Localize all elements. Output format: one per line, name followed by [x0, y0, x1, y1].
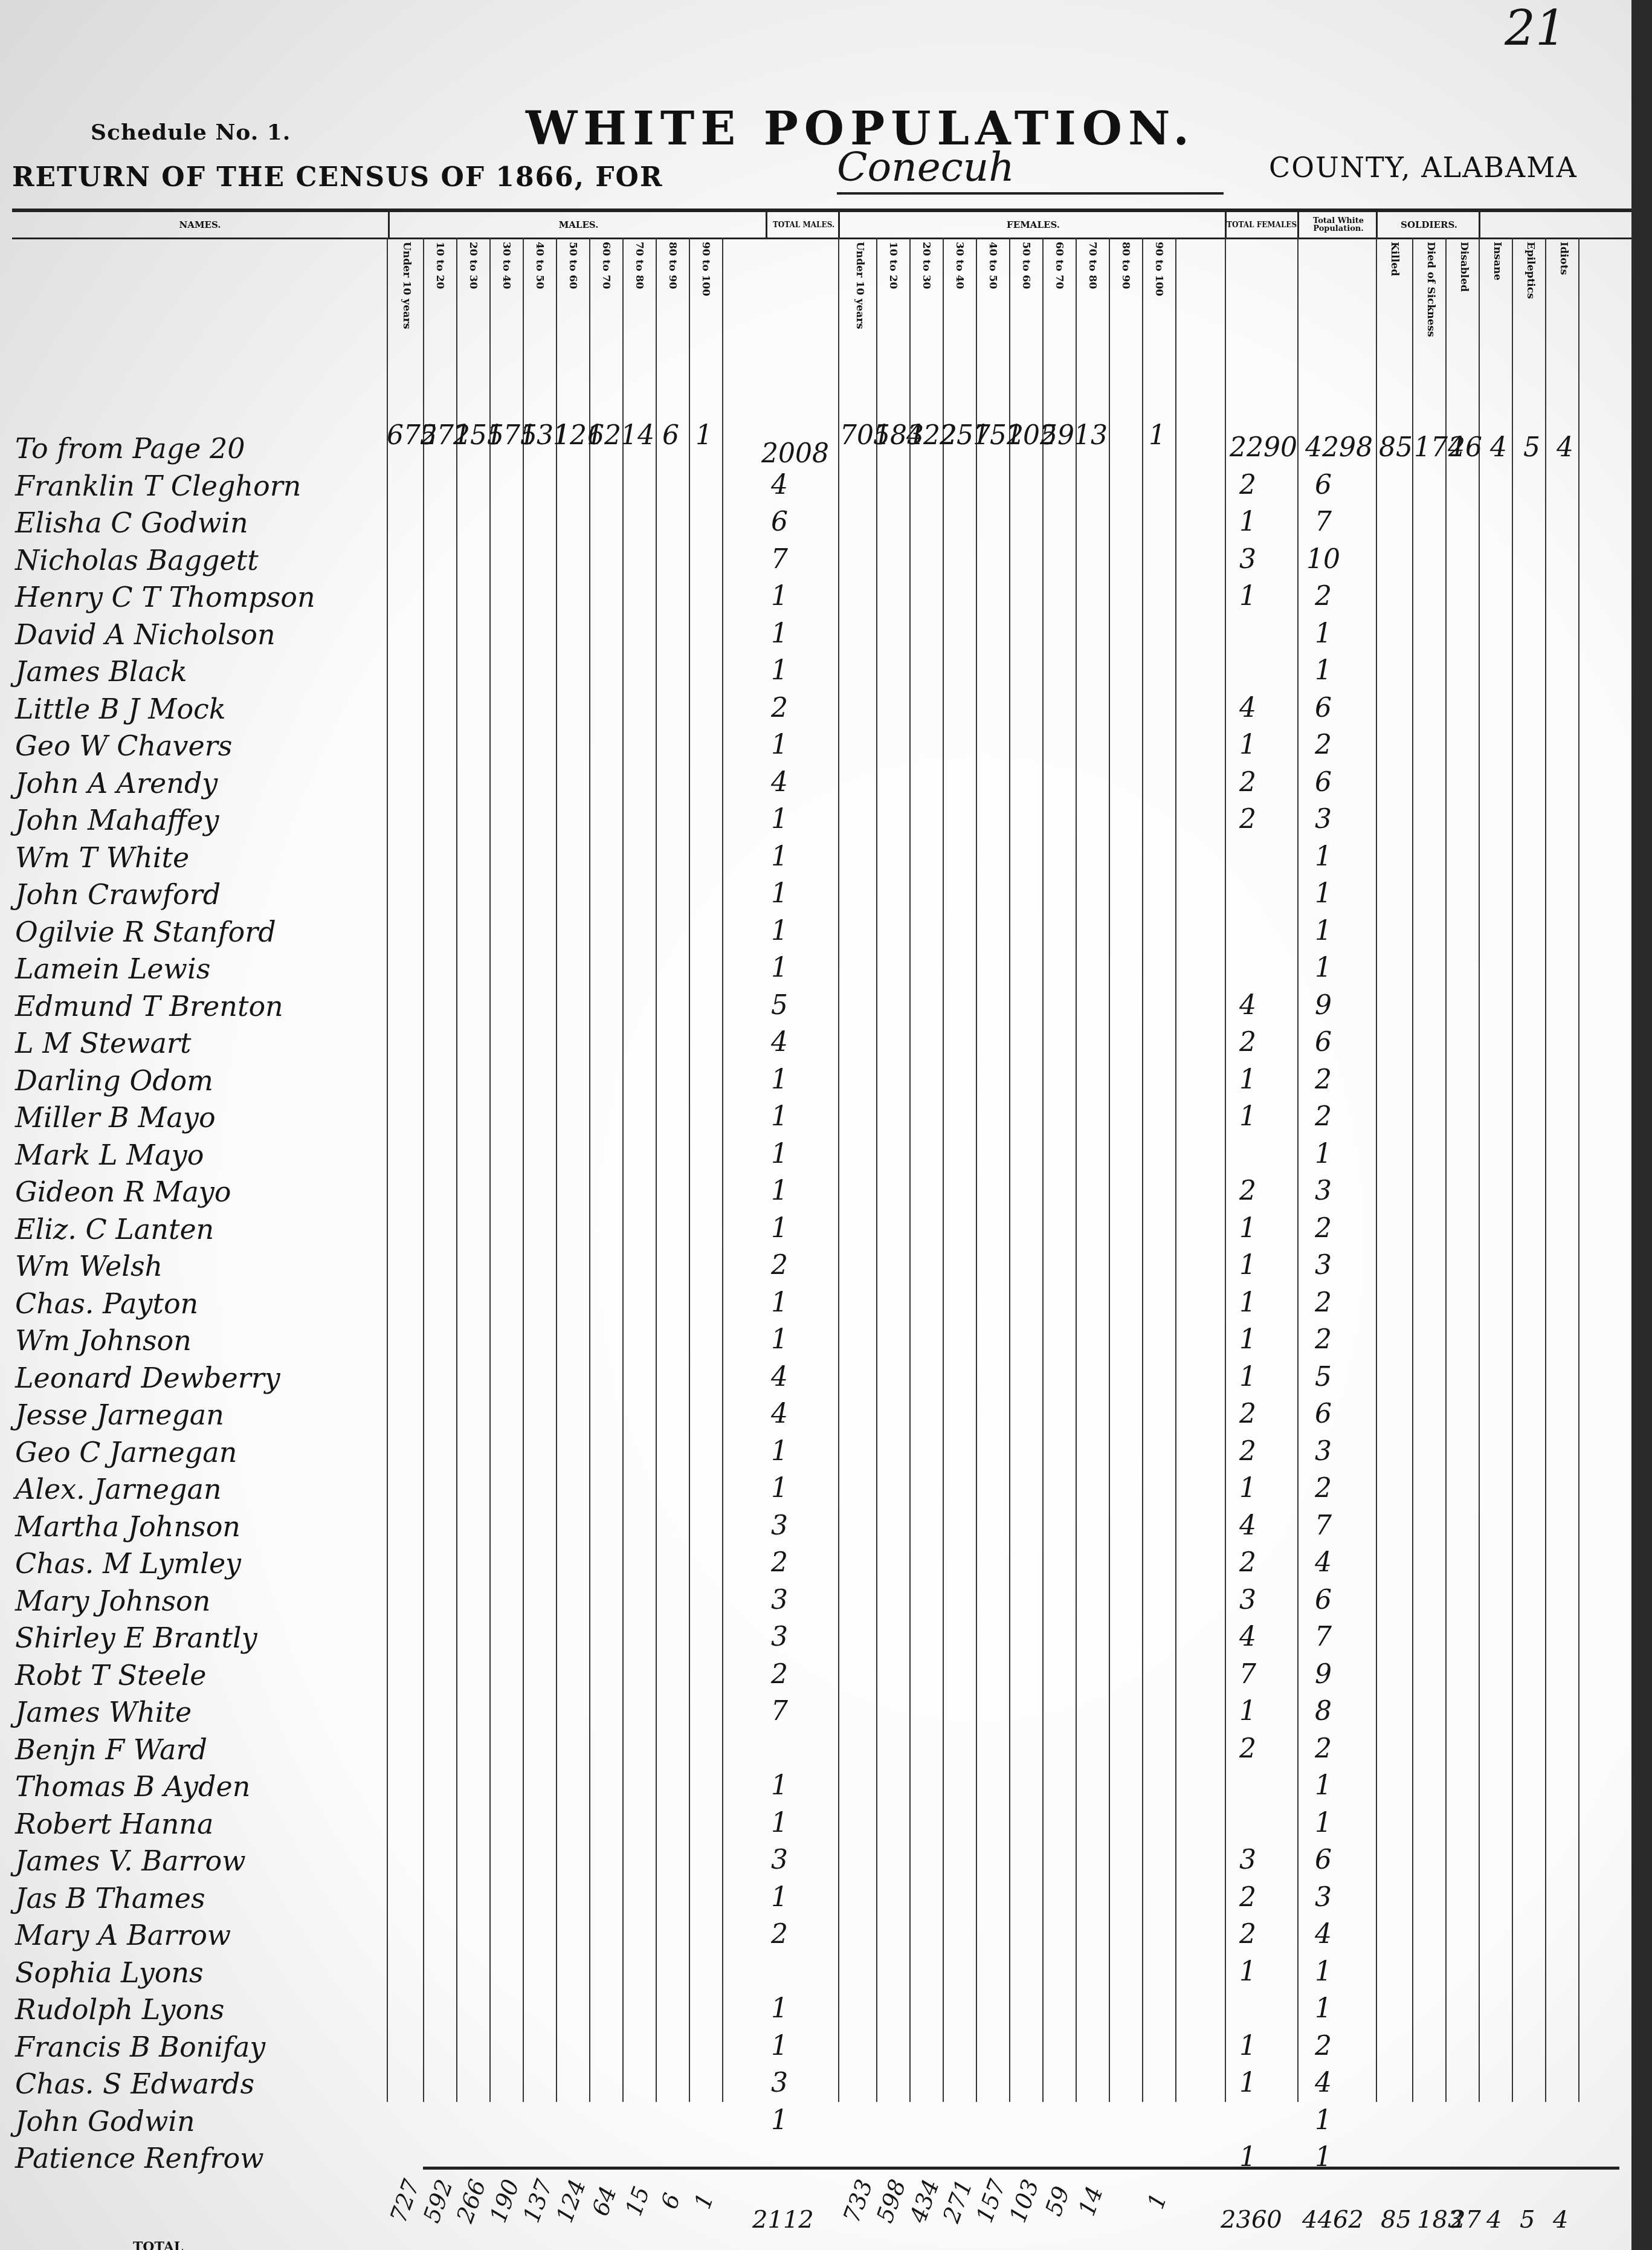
household-name: John Godwin [15, 2105, 195, 2138]
row-total-white: 9 [1305, 990, 1341, 1021]
carried-female-count: 422 [906, 420, 943, 451]
household-name: Thomas B Ayden [15, 1770, 250, 1803]
header-blank [1479, 212, 1633, 238]
column-header-label: 50 to 60 [1020, 242, 1032, 289]
row-total-males: 1 [761, 1101, 798, 1132]
household-name: Alex. Jarnegan [15, 1473, 222, 1505]
row-total-white: 2 [1305, 1473, 1341, 1504]
household-name: John Mahaffey [15, 804, 219, 836]
household-name: Wm T White [15, 841, 189, 874]
carried-male-count: 175 [486, 420, 523, 451]
row-total-white: 6 [1305, 767, 1341, 798]
row-total-white: 2 [1305, 1324, 1341, 1355]
column-header-label: Disabled [1458, 242, 1470, 292]
household-name: Little B J Mock [15, 693, 226, 725]
row-total-females: 1 [1230, 1362, 1266, 1392]
column-header-label: Died of Sickness [1425, 242, 1437, 337]
row-total-white: 1 [1305, 1956, 1341, 1987]
column-rule [556, 238, 557, 2102]
header-males: MALES. [388, 212, 767, 238]
schedule-label: Schedule No. 1. [91, 120, 291, 145]
carried-total-males: 2008 [761, 438, 798, 469]
carried-forward-label: To from Page 20 [15, 432, 245, 465]
column-rule [456, 238, 457, 2102]
household-name: Shirley E Brantly [15, 1621, 257, 1654]
row-total-females: 2 [1230, 1027, 1266, 1058]
column-rule [1376, 238, 1377, 2102]
column-header-label: 20 to 30 [467, 242, 479, 289]
return-line: RETURN OF THE CENSUS OF 1866, FOR [12, 162, 663, 193]
row-total-white: 10 [1305, 544, 1341, 575]
column-header-label: 10 to 20 [434, 242, 446, 289]
grand-total-females: 2360 [1221, 2206, 1282, 2234]
row-total-white: 1 [1305, 1770, 1341, 1801]
header-soldiers: SOLDIERS. [1376, 212, 1480, 238]
row-total-males: 3 [761, 1621, 798, 1652]
row-total-white: 2 [1305, 1101, 1341, 1132]
column-rule [1545, 238, 1546, 2102]
row-total-males: 1 [761, 1213, 798, 1244]
row-total-males: 1 [761, 1993, 798, 2024]
column-rule [1142, 238, 1143, 2102]
page-edge-shadow [1631, 0, 1652, 2250]
row-total-females: 2 [1230, 1733, 1266, 1764]
row-total-males: 1 [761, 581, 798, 612]
row-total-females: 1 [1230, 1287, 1266, 1318]
row-total-females: 2 [1230, 767, 1266, 798]
row-total-males: 4 [761, 470, 798, 500]
row-total-females: 1 [1230, 1696, 1266, 1727]
row-total-males: 6 [761, 506, 798, 537]
household-name: Wm Welsh [15, 1250, 163, 1282]
page-number: 21 [1505, 0, 1566, 56]
household-name: Patience Renfrow [15, 2142, 264, 2174]
row-total-white: 2 [1305, 1733, 1341, 1764]
column-rule [656, 238, 657, 2102]
row-total-females: 2 [1230, 1398, 1266, 1429]
row-total-white: 4 [1305, 1919, 1341, 1950]
header-row: NAMES. MALES. TOTAL MALES. FEMALES. TOTA… [12, 212, 1631, 239]
column-header-label: 80 to 90 [666, 242, 679, 289]
column-rule [1042, 238, 1044, 2102]
row-total-males: 1 [761, 804, 798, 835]
carried-male-count: 62 [586, 420, 622, 451]
carried-other-count: 5 [1514, 432, 1550, 463]
row-total-males: 4 [761, 767, 798, 798]
column-rule [838, 238, 839, 2102]
row-total-females: 2 [1230, 1175, 1266, 1206]
grand-total-other: 4 [1486, 2206, 1502, 2234]
totals-rule [423, 2167, 1619, 2170]
row-total-white: 3 [1305, 1175, 1341, 1206]
row-total-males: 1 [761, 916, 798, 946]
row-total-white: 2 [1305, 1287, 1341, 1318]
row-total-females: 1 [1230, 2031, 1266, 2061]
row-total-white: 1 [1305, 1808, 1341, 1838]
row-total-males: 1 [761, 655, 798, 686]
household-name: Mary Johnson [15, 1585, 210, 1617]
carried-male-count: 121 [553, 420, 589, 451]
column-header-label: Killed [1389, 242, 1401, 276]
row-total-white: 7 [1305, 506, 1341, 537]
row-total-females: 1 [1230, 1473, 1266, 1504]
row-total-white: 2 [1305, 581, 1341, 612]
row-total-males: 2 [761, 1547, 798, 1578]
row-total-males: 1 [761, 729, 798, 760]
household-name: Robt T Steele [15, 1659, 207, 1692]
row-total-white: 2 [1305, 729, 1341, 760]
row-total-white: 4 [1305, 1547, 1341, 1578]
grand-total-soldiers: 27 [1450, 2206, 1481, 2234]
column-header-label: Under 10 years [854, 242, 866, 329]
row-total-white: 3 [1305, 1436, 1341, 1467]
column-rule [589, 238, 590, 2102]
carried-other-count: 4 [1480, 432, 1517, 463]
column-header-label: 60 to 70 [1053, 242, 1065, 289]
row-total-males: 3 [761, 1510, 798, 1541]
row-total-white: 2 [1305, 1213, 1341, 1244]
column-rule [1445, 238, 1447, 2102]
row-total-females: 3 [1230, 544, 1266, 575]
row-total-white: 6 [1305, 693, 1341, 723]
household-name: Mary A Barrow [15, 1919, 231, 1951]
column-header-label: Epileptics [1525, 242, 1537, 299]
household-name: Ogilvie R Stanford [15, 916, 276, 948]
row-total-males: 1 [761, 1139, 798, 1169]
row-total-white: 3 [1305, 1250, 1341, 1281]
row-total-males: 1 [761, 1436, 798, 1467]
header-total-white: Total White Population. [1297, 212, 1378, 238]
header-names: NAMES. [12, 212, 388, 238]
household-name: James V. Barrow [15, 1844, 246, 1877]
row-total-white: 6 [1305, 1398, 1341, 1429]
row-total-white: 6 [1305, 1585, 1341, 1615]
row-total-white: 6 [1305, 1027, 1341, 1058]
carried-male-count: 14 [619, 420, 656, 451]
grand-total-other: 4 [1553, 2206, 1568, 2234]
row-total-white: 7 [1305, 1621, 1341, 1652]
row-total-females: 2 [1230, 1919, 1266, 1950]
column-rule [1076, 238, 1077, 2102]
household-name: John A Arendy [15, 767, 218, 800]
carried-female-count: 257 [940, 420, 976, 451]
column-rule [876, 238, 877, 2102]
column-rule [1225, 238, 1226, 2102]
row-total-females: 2 [1230, 470, 1266, 500]
row-total-males: 1 [761, 1064, 798, 1095]
carried-female-count: 583 [873, 420, 909, 451]
row-total-females: 4 [1230, 990, 1266, 1021]
census-page [0, 0, 1631, 2250]
household-name: Francis B Bonifay [15, 2031, 265, 2063]
household-name: Robert Hanna [15, 1808, 213, 1840]
household-name: John Crawford [15, 878, 221, 911]
household-name: Wm Johnson [15, 1324, 192, 1357]
household-name: Jas B Thames [15, 1882, 205, 1915]
carried-male-count: 1 [686, 420, 722, 451]
row-total-males: 5 [761, 990, 798, 1021]
column-header-label: Insane [1491, 242, 1503, 280]
carried-female-count: 701 [840, 420, 876, 451]
row-total-white: 2 [1305, 2031, 1341, 2061]
row-total-white: 1 [1305, 878, 1341, 909]
row-total-females: 1 [1230, 1101, 1266, 1132]
row-total-white: 3 [1305, 804, 1341, 835]
row-total-males: 4 [761, 1398, 798, 1429]
row-total-white: 5 [1305, 1362, 1341, 1392]
row-total-males: 4 [761, 1362, 798, 1392]
carried-soldier-count: 85 [1378, 432, 1414, 463]
row-total-females: 7 [1230, 1659, 1266, 1690]
row-total-males: 1 [761, 952, 798, 983]
row-total-white: 1 [1305, 655, 1341, 686]
household-name: David A Nicholson [15, 618, 276, 651]
column-rule [1479, 238, 1480, 2102]
grand-total-other: 5 [1520, 2206, 1535, 2234]
row-total-white: 1 [1305, 2105, 1341, 2136]
county-name-handwritten: Conecuh [837, 144, 1224, 195]
column-header-label: 40 to 50 [987, 242, 999, 289]
row-total-males: 7 [761, 544, 798, 575]
column-header-label: 30 to 40 [500, 242, 512, 289]
carried-other-count: 4 [1547, 432, 1583, 463]
row-total-males: 7 [761, 1696, 798, 1727]
row-total-females: 1 [1230, 1324, 1266, 1355]
column-header-label: 30 to 40 [953, 242, 966, 289]
household-name: James Black [15, 655, 187, 688]
carried-male-count: 6 [653, 420, 689, 451]
carried-soldier-count: 26 [1447, 432, 1483, 463]
grand-total-soldiers: 85 [1381, 2206, 1412, 2234]
row-total-males: 1 [761, 1287, 798, 1318]
row-total-white: 1 [1305, 916, 1341, 946]
row-total-males: 1 [761, 1473, 798, 1504]
household-name: Gideon R Mayo [15, 1175, 231, 1208]
column-header-label: 50 to 60 [567, 242, 579, 289]
row-total-males: 1 [761, 841, 798, 872]
column-rule [1175, 238, 1176, 2102]
household-name: Sophia Lyons [15, 1956, 204, 1989]
row-total-females: 1 [1230, 2067, 1266, 2098]
row-total-females: 1 [1230, 581, 1266, 612]
column-rule [1512, 238, 1513, 2102]
household-name: Miller B Mayo [15, 1101, 216, 1134]
row-total-males: 1 [761, 1808, 798, 1838]
row-total-males: 3 [761, 1585, 798, 1615]
column-header-label: 90 to 100 [1153, 242, 1165, 296]
row-total-males: 2 [761, 693, 798, 723]
row-total-males: 3 [761, 2067, 798, 2098]
household-name: Mark L Mayo [15, 1139, 204, 1171]
column-header-label: 60 to 70 [600, 242, 612, 289]
row-total-males: 3 [761, 1844, 798, 1875]
row-total-females: 4 [1230, 1510, 1266, 1541]
household-name: Rudolph Lyons [15, 1993, 224, 2026]
row-total-females: 1 [1230, 1956, 1266, 1987]
total-label: TOTAL [133, 2239, 183, 2250]
household-name: Chas. M Lymley [15, 1547, 241, 1580]
row-total-males: 1 [761, 2031, 798, 2061]
household-name: Chas. Payton [15, 1287, 198, 1320]
column-rule [1009, 238, 1010, 2102]
household-name: Benjn F Ward [15, 1733, 207, 1766]
row-total-males: 1 [761, 1324, 798, 1355]
grand-total-males: 2112 [752, 2206, 814, 2234]
column-rule [909, 238, 911, 2102]
row-total-females: 3 [1230, 1844, 1266, 1875]
carried-total-white: 4298 [1305, 432, 1341, 463]
column-rule [387, 238, 388, 2102]
column-rule [1412, 238, 1413, 2102]
column-rule [489, 238, 491, 2102]
row-total-males: 2 [761, 1250, 798, 1281]
carried-female-count: 152 [973, 420, 1009, 451]
household-name: L M Stewart [15, 1027, 191, 1059]
household-name: Lamein Lewis [15, 952, 210, 985]
column-rule [622, 238, 624, 2102]
column-header-label: 20 to 30 [920, 242, 932, 289]
carried-total-females: 2290 [1230, 432, 1266, 463]
header-total-females: TOTAL FEMALES. [1225, 212, 1299, 238]
row-total-white: 1 [1305, 1139, 1341, 1169]
column-header-label: 40 to 50 [534, 242, 546, 289]
column-rule [689, 238, 690, 2102]
household-name: Franklin T Cleghorn [15, 470, 301, 502]
household-name: Geo C Jarnegan [15, 1436, 237, 1469]
household-name: Eliz. C Lanten [15, 1213, 214, 1246]
header-total-males: TOTAL MALES. [766, 212, 840, 238]
household-name: James White [15, 1696, 192, 1728]
column-header-label: Under 10 years [401, 242, 413, 329]
household-name: Martha Johnson [15, 1510, 240, 1543]
carried-male-count: 672 [387, 420, 423, 451]
row-total-white: 8 [1305, 1696, 1341, 1727]
row-total-females: 2 [1230, 1547, 1266, 1578]
row-total-males: 1 [761, 878, 798, 909]
row-total-males: 2 [761, 1919, 798, 1950]
column-header-label: 10 to 20 [887, 242, 899, 289]
household-name: Elisha C Godwin [15, 506, 248, 539]
row-total-white: 4 [1305, 2067, 1341, 2098]
column-rule [943, 238, 944, 2102]
column-header-label: 70 to 80 [1086, 242, 1099, 289]
row-total-white: 7 [1305, 1510, 1341, 1541]
column-rule [523, 238, 524, 2102]
column-rule [1109, 238, 1110, 2102]
column-rule [722, 238, 723, 2102]
row-total-males: 1 [761, 2105, 798, 2136]
row-total-males: 4 [761, 1027, 798, 1058]
row-total-females: 2 [1230, 1882, 1266, 1913]
household-name: Edmund T Brenton [15, 990, 283, 1023]
header-females: FEMALES. [838, 212, 1227, 238]
household-name: Henry C T Thompson [15, 581, 315, 613]
row-total-females: 1 [1230, 1064, 1266, 1095]
carried-female-count: 13 [1073, 420, 1109, 451]
row-total-males: 1 [761, 618, 798, 649]
row-total-females: 4 [1230, 693, 1266, 723]
column-rule [423, 238, 424, 2102]
row-total-males: 1 [761, 1175, 798, 1206]
grand-total-white: 4462 [1302, 2206, 1364, 2234]
household-name: Darling Odom [15, 1064, 213, 1097]
row-total-white: 9 [1305, 1659, 1341, 1690]
carried-female-count: 59 [1039, 420, 1076, 451]
row-total-females: 1 [1230, 729, 1266, 760]
row-total-females: 1 [1230, 506, 1266, 537]
row-total-white: 6 [1305, 1844, 1341, 1875]
household-name: Jesse Jarnegan [15, 1398, 224, 1431]
column-rule [1578, 238, 1579, 2102]
row-total-males: 1 [761, 1882, 798, 1913]
row-total-females: 2 [1230, 804, 1266, 835]
row-total-white: 2 [1305, 1064, 1341, 1095]
column-rule [976, 238, 977, 2102]
carried-male-count: 131 [520, 420, 556, 451]
household-name: Nicholas Baggett [15, 544, 259, 577]
row-total-white: 3 [1305, 1882, 1341, 1913]
household-name: Chas. S Edwards [15, 2067, 254, 2100]
household-name: Geo W Chavers [15, 729, 232, 762]
column-header-label: Idiots [1558, 242, 1570, 275]
row-total-white: 1 [1305, 952, 1341, 983]
carried-female-count: 1 [1139, 420, 1175, 451]
row-total-males: 1 [761, 1770, 798, 1801]
row-total-females: 1 [1230, 1250, 1266, 1281]
row-total-females: 4 [1230, 1621, 1266, 1652]
row-total-males: 2 [761, 1659, 798, 1690]
carried-female-count: 102 [1006, 420, 1042, 451]
column-rule [1297, 238, 1299, 2102]
row-total-females: 1 [1230, 1213, 1266, 1244]
row-total-females: 3 [1230, 1585, 1266, 1615]
carried-soldier-count: 174 [1414, 432, 1450, 463]
row-total-white: 1 [1305, 1993, 1341, 2024]
column-header-label: 90 to 100 [700, 242, 712, 296]
carried-male-count: 571 [420, 420, 456, 451]
row-total-white: 1 [1305, 618, 1341, 649]
county-state-label: COUNTY, ALABAMA [1269, 151, 1578, 184]
household-name: Leonard Dewberry [15, 1362, 280, 1394]
row-total-white: 6 [1305, 470, 1341, 500]
row-total-white: 1 [1305, 841, 1341, 872]
column-header-label: 80 to 90 [1120, 242, 1132, 289]
row-total-females: 2 [1230, 1436, 1266, 1467]
carried-male-count: 255 [453, 420, 489, 451]
column-header-label: 70 to 80 [633, 242, 645, 289]
